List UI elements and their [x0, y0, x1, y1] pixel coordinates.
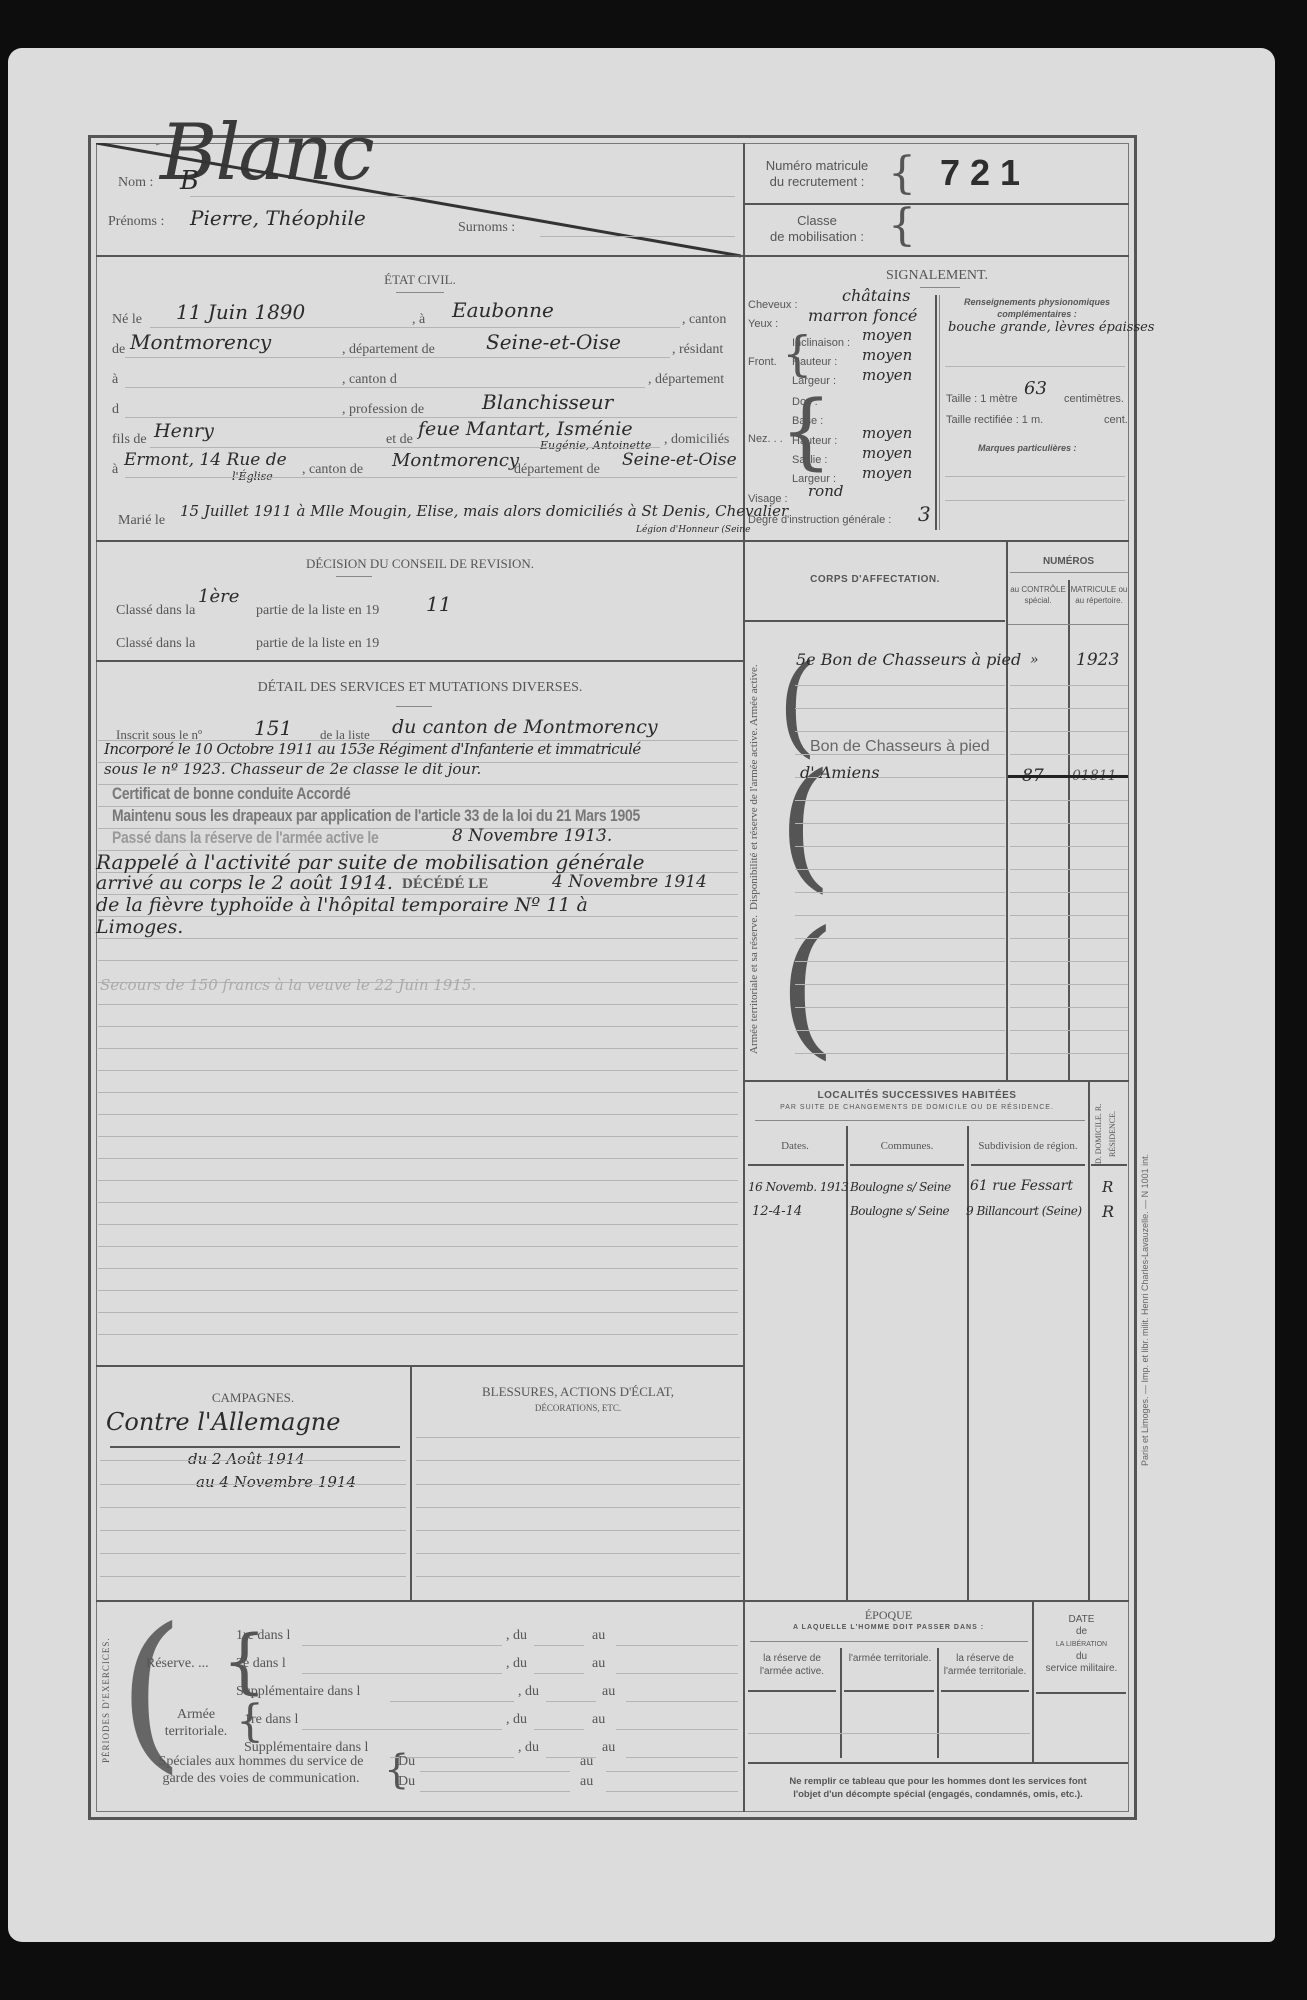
canton-label: , canton [682, 312, 726, 328]
marriage-value: 15 Juillet 1911 à Mlle Mougin, Elise, ma… [180, 502, 788, 520]
localite-commune: Boulogne s/ Seine [850, 1180, 951, 1194]
matricule-label-2: du recrutement : [770, 174, 865, 189]
res-a-label: à [112, 372, 118, 388]
residant-label: , résidant [672, 342, 723, 358]
periode-label: 1re dans l [236, 1628, 290, 1644]
service-line: Rappelé à l'activité par suite de mobili… [96, 850, 645, 874]
localite-date: 12-4-14 [752, 1204, 802, 1219]
brace-icon: { [888, 148, 916, 199]
renseignements-title-1: Renseignements physionomiques [964, 297, 1110, 307]
decision-title: DÉCISION DU CONSEIL DE REVISION. [96, 556, 744, 572]
profession-label: , profession de [342, 402, 424, 418]
localites-col-type: D. DOMICILE. R. RÉSIDENCE. [1092, 1094, 1128, 1174]
taille-unit: centimètres. [1064, 393, 1124, 405]
taille-value: 63 [1024, 378, 1047, 399]
column-divider [743, 143, 745, 1812]
speciales-label-2: garde des voies de communication. [162, 1771, 359, 1786]
nom-label: Nom : [118, 175, 153, 191]
nez-hauteur-value: moyen [862, 424, 912, 442]
base-label: Base : [792, 415, 823, 427]
periode-du: , du [518, 1684, 539, 1700]
degre-value: 3 [918, 502, 931, 526]
strike-line [1008, 775, 1128, 778]
campagne-line: Contre l'Allemagne [106, 1408, 340, 1436]
nez-largeur-value: moyen [862, 464, 912, 482]
brace-icon: ( [118, 1606, 184, 1776]
periode-du: , du [506, 1712, 527, 1728]
printer-imprint: Paris et Limoges. — Imp. et libr. milit.… [1140, 1060, 1154, 1560]
service-line: Incorporé le 10 Octobre 1911 au 153e Rég… [104, 740, 641, 758]
inclinaison-value: moyen [862, 326, 912, 344]
birth-departement: Seine-et-Oise [486, 330, 621, 354]
campagnes-title: CAMPAGNES. [96, 1390, 410, 1406]
a-label: , à [412, 312, 425, 328]
header-divider [96, 255, 744, 257]
death-date: 4 Novembre 1914 [552, 872, 707, 892]
departement-label: , département de [342, 342, 435, 358]
birth-date: 11 Juin 1890 [176, 300, 305, 324]
epoque-col-reserve: la réserve de l'armée active. [746, 1652, 838, 1678]
taille-rectifiee-unit: cent. [1104, 414, 1128, 426]
territoriale-label: Armée territoriale. [156, 1706, 236, 1740]
corps-title: CORPS D'AFFECTATION. [745, 574, 1005, 585]
birth-place: Eaubonne [452, 298, 554, 322]
marques-label: Marques particulières : [978, 443, 1077, 453]
localites-col-dates: Dates. [745, 1140, 845, 1152]
localite-type: R [1102, 1178, 1113, 1196]
degre-label: Degré d'instruction générale : [748, 514, 891, 526]
birth-canton: Montmorency [130, 330, 271, 354]
front-hauteur-label: Hauteur : [792, 356, 837, 368]
date-liberation-header: DATE de LA LIBÉRATION du service militai… [1034, 1614, 1129, 1675]
brace-icon: { [888, 200, 916, 251]
date-service: service militaire. [1046, 1663, 1118, 1674]
date-de: de [1076, 1626, 1087, 1637]
service-line: arrivé au corps le 2 août 1914. [96, 872, 393, 894]
service-line: sous le nº 1923. Chasseur de 2e classe l… [104, 760, 481, 778]
nez-label: Nez. . . [748, 433, 783, 445]
nom-initial: B [180, 166, 199, 196]
inclinaison-label: Inclinaison : [792, 337, 850, 349]
marie-label: Marié le [118, 513, 165, 529]
matricule-label-1: Numéro matricule [766, 158, 869, 173]
prenoms-value: Pierre, Théophile [190, 206, 366, 230]
reserve-label: Réserve. ... [146, 1656, 209, 1672]
localite-subdivision: 61 rue Fessart [970, 1178, 1073, 1194]
marriage-value-extra: Légion d'Honneur (Seine [636, 525, 750, 535]
classe-row1-liste-label: partie de la liste en 19 [256, 603, 379, 619]
brace-icon: ( [778, 900, 837, 1074]
yeux-label: Yeux : [748, 318, 778, 330]
surnoms-label: Surnoms : [458, 220, 515, 236]
father-name: Henry [154, 420, 214, 442]
visage-value: rond [808, 482, 843, 500]
domicile-canton: Montmorency [392, 450, 519, 471]
periode-du: , du [518, 1740, 539, 1756]
mere-label: et de [386, 432, 413, 448]
periode-au: au [580, 1774, 593, 1790]
classe-partie-value: 1ère [198, 586, 239, 607]
service-line: Limoges. [96, 916, 183, 938]
classe-row2-label: Classé dans la [116, 636, 195, 652]
territoriale-label-1: Armée [177, 1707, 215, 1722]
taille-label: Taille : 1 mètre [946, 393, 1018, 405]
classe-label: Classe de mobilisation : [752, 213, 882, 245]
de-label: de [112, 342, 125, 358]
domicile-value: Ermont, 14 Rue de [124, 450, 287, 470]
liste-value: du canton de Montmorency [392, 716, 658, 738]
brace-icon: { [782, 326, 813, 382]
classe-year-value: 11 [426, 592, 451, 616]
periode-label: Du [398, 1754, 415, 1770]
blessures-subtitle: DÉCORATIONS, ETC. [412, 1403, 744, 1413]
section-territoriale: Armée territoriale et sa réserve. [748, 905, 760, 1065]
inscrit-number: 151 [254, 716, 292, 740]
visage-label: Visage : [748, 493, 788, 505]
epoque-note-2: l'objet d'un décompte spécial (engagés, … [793, 1789, 1083, 1800]
res-departement-label: , département [648, 372, 724, 388]
front-hauteur-value: moyen [862, 346, 912, 364]
corps-name: d' Amiens [800, 763, 880, 782]
localite-date: 16 Novemb. 1913 [748, 1180, 848, 1194]
localite-type: R [1102, 1202, 1114, 1221]
dom-canton-label: , canton de [302, 462, 363, 478]
front-largeur-value: moyen [862, 366, 912, 384]
periode-label: 1re dans l [244, 1712, 298, 1728]
stamp-maintenu: Maintenu sous les drapeaux par applicati… [112, 806, 640, 826]
mother-name: feue Mantart, Isménie [418, 418, 633, 440]
campagne-line: du 2 Août 1914 [188, 1450, 305, 1468]
domicilies-label: , domiciliés [664, 432, 729, 448]
epoque-col-reserve-territoriale: la réserve de l'armée territoriale. [940, 1652, 1030, 1678]
corps-stamp: Bon de Chasseurs à pied [810, 738, 990, 756]
saillie-value: moyen [862, 444, 912, 462]
dos-label: Dos : [792, 396, 818, 408]
taille-rectifiee-label: Taille rectifiée : 1 m. [946, 414, 1043, 426]
d-label: d [112, 402, 119, 418]
date-title: DATE [1069, 1614, 1095, 1625]
col-controle-header: au CONTRÔLE spécial. [1010, 584, 1066, 606]
yeux-value: marron foncé [808, 306, 917, 325]
classe-row1-label: Classé dans la [116, 603, 195, 619]
epoque-subtitle: A LAQUELLE L'HOMME DOIT PASSER DANS : [745, 1624, 1032, 1631]
service-line-faded: Secours de 150 francs à la veuve le 22 J… [100, 976, 476, 994]
classe-row2-liste-label: partie de la liste en 19 [256, 636, 379, 652]
res-canton-label: , canton d [342, 372, 397, 388]
speciales-label-1: Spéciales aux hommes du service de [159, 1754, 364, 1769]
localites-subtitle: PAR SUITE DE CHANGEMENTS DE DOMICILE OU … [745, 1104, 1089, 1111]
ne-le-label: Né le [112, 312, 142, 328]
dom-departement-label: département de [514, 462, 600, 478]
periode-au: au [592, 1656, 605, 1672]
periode-label: Du [398, 1774, 415, 1790]
epoque-title: ÉPOQUE [745, 1608, 1032, 1623]
nez-hauteur-label: Hauteur : [792, 435, 837, 447]
epoque-col-territoriale: l'armée territoriale. [846, 1652, 934, 1665]
numeros-title: NUMÉROS [1008, 556, 1129, 567]
periode-label: Supplémentaire dans l [244, 1740, 368, 1756]
classe-label-2: de mobilisation : [770, 229, 864, 244]
domicile-departement: Seine-et-Oise [622, 450, 737, 470]
periode-au: au [602, 1684, 615, 1700]
cheveux-label: Cheveux : [748, 299, 798, 311]
epoque-note: Ne remplir ce tableau que pour les homme… [748, 1775, 1128, 1801]
renseignements-title-2: complémentaires : [997, 309, 1077, 319]
col-matricule-header: MATRICULE ou au répertoire. [1070, 584, 1128, 606]
front-label: Front. [748, 356, 777, 368]
localites-col-communes: Communes. [848, 1140, 966, 1152]
header-strike-line [96, 143, 744, 258]
speciales-label: Spéciales aux hommes du service de garde… [130, 1753, 392, 1787]
campagne-line: au 4 Novembre 1914 [196, 1473, 356, 1491]
stamp-passe-reserve: Passé dans la réserve de l'armée active … [112, 828, 379, 848]
periode-du: , du [506, 1656, 527, 1672]
saillie-label: Saillie : [792, 454, 827, 466]
corps-controle: » [1030, 652, 1039, 668]
fils-label: fils de [112, 432, 147, 448]
localites-title: LOCALITÉS SUCCESSIVES HABITÉES [745, 1090, 1089, 1101]
localite-commune: Boulogne s/ Seine [850, 1204, 949, 1218]
prenoms-label: Prénoms : [108, 214, 164, 230]
date-liberation: LA LIBÉRATION [1056, 1641, 1107, 1648]
date-du: du [1076, 1651, 1087, 1662]
periode-au: au [602, 1740, 615, 1756]
renseignements-value: bouche grande, lèvres épaisses [948, 320, 1154, 335]
epoque-note-1: Ne remplir ce tableau que pour les homme… [789, 1776, 1086, 1787]
services-title: DÉTAIL DES SERVICES ET MUTATIONS DIVERSE… [96, 680, 744, 696]
matricule-label: Numéro matricule du recrutement : [752, 158, 882, 190]
classe-label-1: Classe [797, 213, 837, 228]
cheveux-value: châtains [842, 286, 910, 305]
section-disponibilite: Disponibilité et réserve de l'armée acti… [748, 740, 760, 910]
service-line: de la fièvre typhoïde à l'hôpital tempor… [96, 894, 588, 916]
localites-col-subdivision: Subdivision de région. [969, 1140, 1087, 1152]
passe-reserve-date: 8 Novembre 1913. [452, 826, 612, 846]
periode-du: , du [506, 1628, 527, 1644]
blessures-title: BLESSURES, ACTIONS D'ÉCLAT, [412, 1384, 744, 1400]
dom-a-label: à [112, 462, 118, 478]
territoriale-label-2: territoriale. [165, 1724, 228, 1739]
periode-au: au [592, 1712, 605, 1728]
signalement-title: SIGNALEMENT. [745, 268, 1129, 284]
periode-au: au [580, 1754, 593, 1770]
etat-civil-title: ÉTAT CIVIL. [96, 272, 744, 288]
periode-au: au [592, 1628, 605, 1644]
stamp-decede: DÉCÉDÉ LE [402, 876, 488, 893]
corps-matricule: 1923 [1076, 650, 1119, 670]
stamp-bonne-conduite: Certificat de bonne conduite Accordé [112, 784, 350, 804]
renseignements-title: Renseignements physionomiques complément… [945, 296, 1129, 320]
corps-name: 5e Bon de Chasseurs à pied [796, 650, 1021, 669]
periode-label: Supplémentaire dans l [236, 1684, 360, 1700]
matricule-number: 721 [940, 152, 1030, 194]
periode-label: 2e dans l [236, 1656, 286, 1672]
localite-subdivision: 9 Billancourt (Seine) [966, 1204, 1082, 1218]
profession-value: Blanchisseur [482, 390, 613, 414]
